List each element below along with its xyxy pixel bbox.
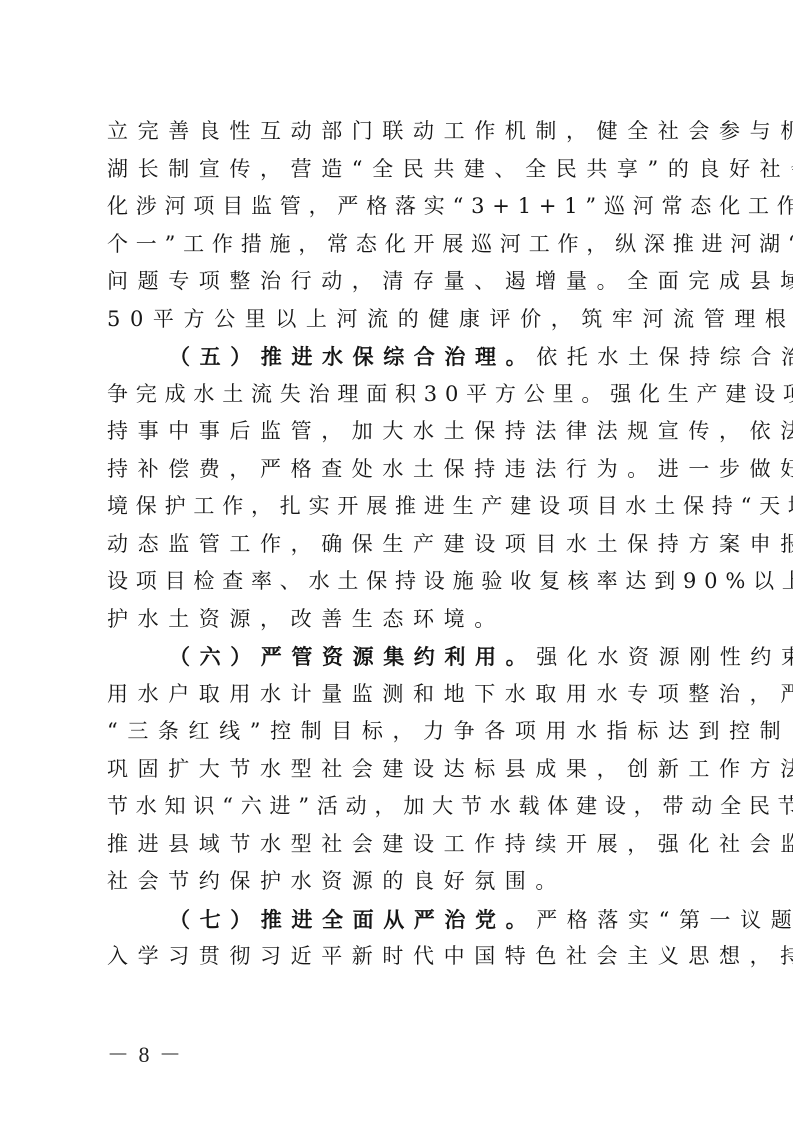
section-first-line: （五）推进水保综合治理。依托水土保持综合治理项目，力 (107, 338, 707, 376)
text-line: 50平方公里以上河流的健康评价，筑牢河流管理根基。 (107, 301, 707, 339)
text-line: 持事中事后监管，加大水土保持法律法规宣传，依法征收水土保 (107, 413, 707, 451)
text-line: 湖长制宣传，营造“全民共建、全民共享”的良好社会氛围。强 (107, 151, 707, 189)
text-line: 巩固扩大节水型社会建设达标县成果，创新工作方法，深入开展 (107, 751, 707, 789)
section-text: 强化水资源刚性约束，持续开展 (536, 645, 793, 669)
paragraph-continuation: 立完善良性互动部门联动工作机制，健全社会参与机制，加强河 湖长制宣传，营造“全民… (107, 113, 707, 338)
text-line: 化涉河项目监管，严格落实“3+1+1”巡河常态化工作制度和“四 (107, 188, 707, 226)
text-line: 争完成水土流失治理面积30平方公里。强化生产建设项目水土保 (107, 376, 707, 414)
text-line: 节水知识“六进”活动，加大节水载体建设，带动全民节水护水， (107, 788, 707, 826)
text-line: 动态监管工作，确保生产建设项目水土保持方案申报率、生产建 (107, 526, 707, 564)
text-line: 社会节约保护水资源的良好氛围。 (107, 863, 707, 901)
text-line: 持补偿费，严格查处水土保持违法行为。进一步做好秦岭生态环 (107, 451, 707, 489)
section-five: （五）推进水保综合治理。依托水土保持综合治理项目，力 争完成水土流失治理面积30… (107, 338, 707, 638)
text-line: 入学习贯彻习近平新时代中国特色社会主义思想，持续开展党规 (107, 938, 707, 976)
text-line: 问题专项整治行动，清存量、遏增量。全面完成县域内流域面积 (107, 263, 707, 301)
section-text: 依托水土保持综合治理项目，力 (536, 345, 793, 369)
text-line: 设项目检查率、水土保持设施验收复核率达到90%以上，有效保 (107, 563, 707, 601)
text-line: 推进县域节水型社会建设工作持续开展，强化社会监督，形成全 (107, 826, 707, 864)
document-page: 立完善良性互动部门联动工作机制，健全社会参与机制，加强河 湖长制宣传，营造“全民… (0, 0, 793, 1122)
section-text: 严格落实“第一议题”制度，深 (536, 908, 793, 932)
section-six: （六）严管资源集约利用。强化水资源刚性约束，持续开展 用水户取用水计量监测和地下… (107, 638, 707, 901)
page-number: － 8 － (107, 1038, 183, 1069)
section-first-line: （七）推进全面从严治党。严格落实“第一议题”制度，深 (107, 901, 707, 939)
text-line: 护水土资源，改善生态环境。 (107, 601, 707, 639)
text-line: 立完善良性互动部门联动工作机制，健全社会参与机制，加强河 (107, 113, 707, 151)
section-heading: （六）严管资源集约利用。 (169, 644, 536, 669)
section-heading: （七）推进全面从严治党。 (169, 907, 536, 932)
text-line: “三条红线”控制目标，力争各项用水指标达到控制目标。不断 (107, 713, 707, 751)
text-line: 用水户取用水计量监测和地下水取用水专项整治，严守水资源 (107, 676, 707, 714)
body-text: 立完善良性互动部门联动工作机制，健全社会参与机制，加强河 湖长制宣传，营造“全民… (107, 113, 707, 976)
text-line: 境保护工作，扎实开展推进生产建设项目水土保持“天地一体化” (107, 488, 707, 526)
section-seven: （七）推进全面从严治党。严格落实“第一议题”制度，深 入学习贯彻习近平新时代中国… (107, 901, 707, 976)
text-line: 个一”工作措施，常态化开展巡河工作，纵深推进河湖“四乱” (107, 226, 707, 264)
section-first-line: （六）严管资源集约利用。强化水资源刚性约束，持续开展 (107, 638, 707, 676)
section-heading: （五）推进水保综合治理。 (169, 344, 536, 369)
